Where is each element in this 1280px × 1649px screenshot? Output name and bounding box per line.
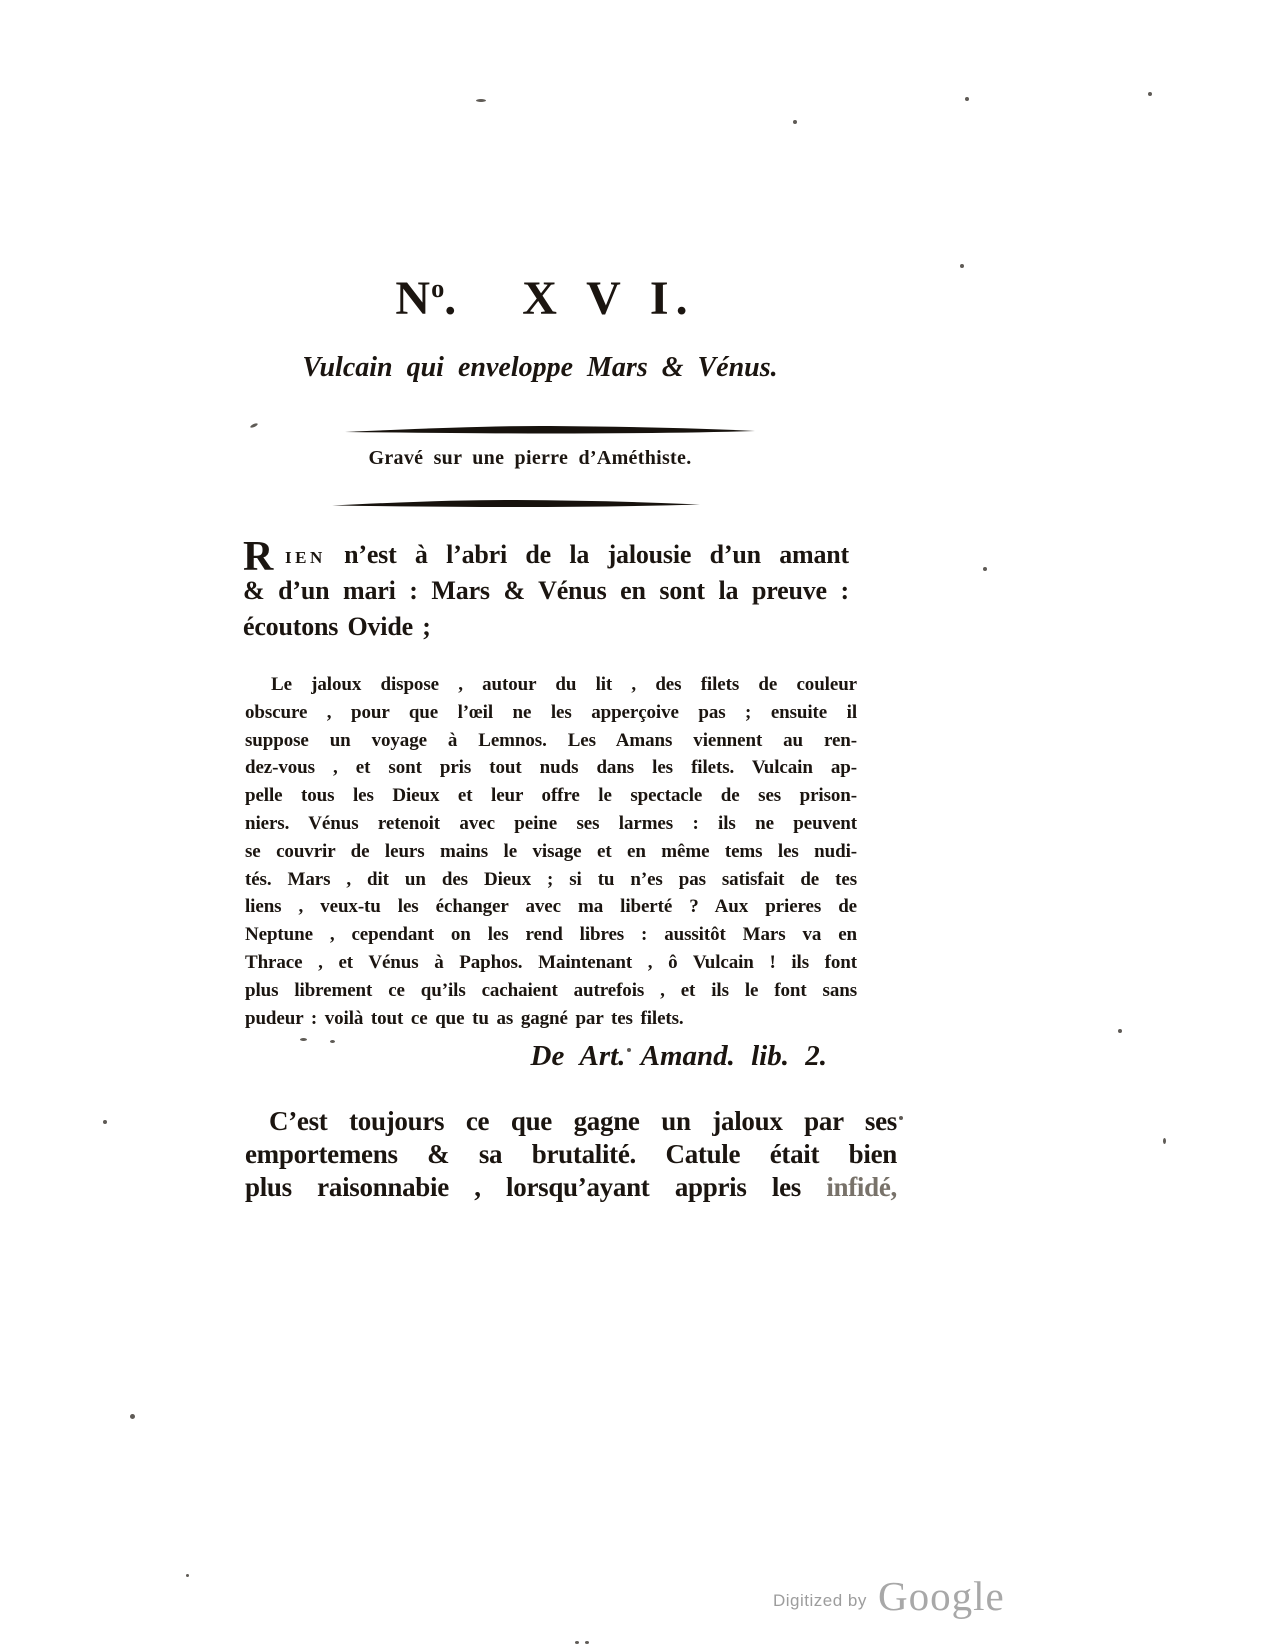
drop-cap-initial: R — [243, 540, 273, 574]
text-line: plus raisonnabie , lorsqu’ayant appris l… — [245, 1171, 897, 1204]
line-text: n’est à l’abri de la jalousie d’un amant — [326, 540, 849, 569]
text-line: emportemens & sa brutalité. Catule était… — [245, 1138, 897, 1171]
digitized-by-label: Digitized by — [773, 1591, 867, 1611]
text-line: se couvrir de leurs mains le visage et e… — [245, 838, 857, 866]
scan-speck — [899, 1116, 903, 1120]
scan-speck — [103, 1120, 107, 1124]
text-line: dez-vous , et sont pris tout nuds dans l… — [245, 754, 857, 782]
swelled-rule-bottom-icon — [330, 497, 702, 511]
text-line: Thrace , et Vénus à Paphos. Maintenant ,… — [245, 949, 857, 977]
chapter-numeral: X V I. — [522, 272, 694, 325]
text-line: Neptune , cependant on les rend libres :… — [245, 921, 857, 949]
engraving-title: Vulcain qui enveloppe Mars & Vénus. — [250, 349, 830, 387]
text-line: pelle tous les Dieux et leur offre le sp… — [245, 782, 857, 810]
scan-speck — [186, 1574, 189, 1577]
scan-speck — [627, 1048, 631, 1052]
engraving-caption: Gravé sur une pierre d’Améthiste. — [240, 447, 820, 470]
text-line: plus librement ce qu’ils cachaient autre… — [245, 977, 857, 1005]
ovid-quote-paragraph: Le jaloux dispose , autour du lit , des … — [245, 671, 857, 1032]
text-line: IEN n’est à l’abri de la jalousie d’un a… — [243, 537, 849, 573]
scan-speck — [1118, 1029, 1122, 1033]
scan-speck — [983, 567, 987, 571]
google-logo: Google — [878, 1572, 1005, 1620]
attribution: De Art. Amand. lib. 2. — [245, 1040, 827, 1073]
text-line: obscure , pour que l’œil ne les apperçoi… — [245, 699, 857, 727]
text-line: suppose un voyage à Lemnos. Les Amans vi… — [245, 727, 857, 755]
line-text: plus raisonnabie , lorsqu’ayant appris l… — [245, 1172, 801, 1202]
scan-speck — [1148, 92, 1152, 96]
closing-paragraph: C’est toujours ce que gagne un jaloux pa… — [245, 1105, 897, 1204]
scan-speck — [130, 1414, 135, 1419]
scanned-book-page: No. X V I. Vulcain qui enveloppe Mars & … — [0, 0, 1280, 1649]
chapter-number-prefix: No. — [395, 272, 457, 325]
scan-speck — [1163, 1138, 1166, 1144]
scan-speck — [330, 1040, 335, 1043]
text-line: Le jaloux dispose , autour du lit , des … — [245, 671, 857, 699]
scan-speck — [960, 264, 964, 268]
small-caps: IEN — [285, 548, 326, 567]
scan-speck — [793, 120, 797, 124]
text-line: niers. Vénus retenoit avec peine ses lar… — [245, 810, 857, 838]
text-line: pudeur : voilà tout ce que tu as gagné p… — [245, 1005, 857, 1033]
scan-speck — [300, 1038, 307, 1041]
chapter-period: . — [444, 272, 457, 325]
text-line: tés. Mars , dit un des Dieux ; si tu n’e… — [245, 866, 857, 894]
scan-speck — [575, 1641, 579, 1644]
chapter-letter: N — [395, 272, 431, 325]
page-title: No. X V I. — [250, 262, 840, 325]
text-line: C’est toujours ce que gagne un jaloux pa… — [245, 1105, 897, 1138]
scan-speck — [965, 97, 969, 101]
faded-word: infidé, — [801, 1172, 897, 1202]
scan-speck — [476, 99, 486, 102]
text-line: & d’un mari : Mars & Vénus en sont la pr… — [243, 573, 849, 609]
scan-speck — [585, 1641, 589, 1644]
ordinal-mark: o — [431, 273, 444, 303]
scan-speck — [250, 422, 259, 428]
opening-paragraph: R IEN n’est à l’abri de la jalousie d’un… — [243, 537, 849, 645]
text-line: écoutons Ovide ; — [243, 609, 849, 645]
text-line: liens , veux-tu les échanger avec ma lib… — [245, 893, 857, 921]
swelled-rule-top-icon — [343, 423, 757, 438]
